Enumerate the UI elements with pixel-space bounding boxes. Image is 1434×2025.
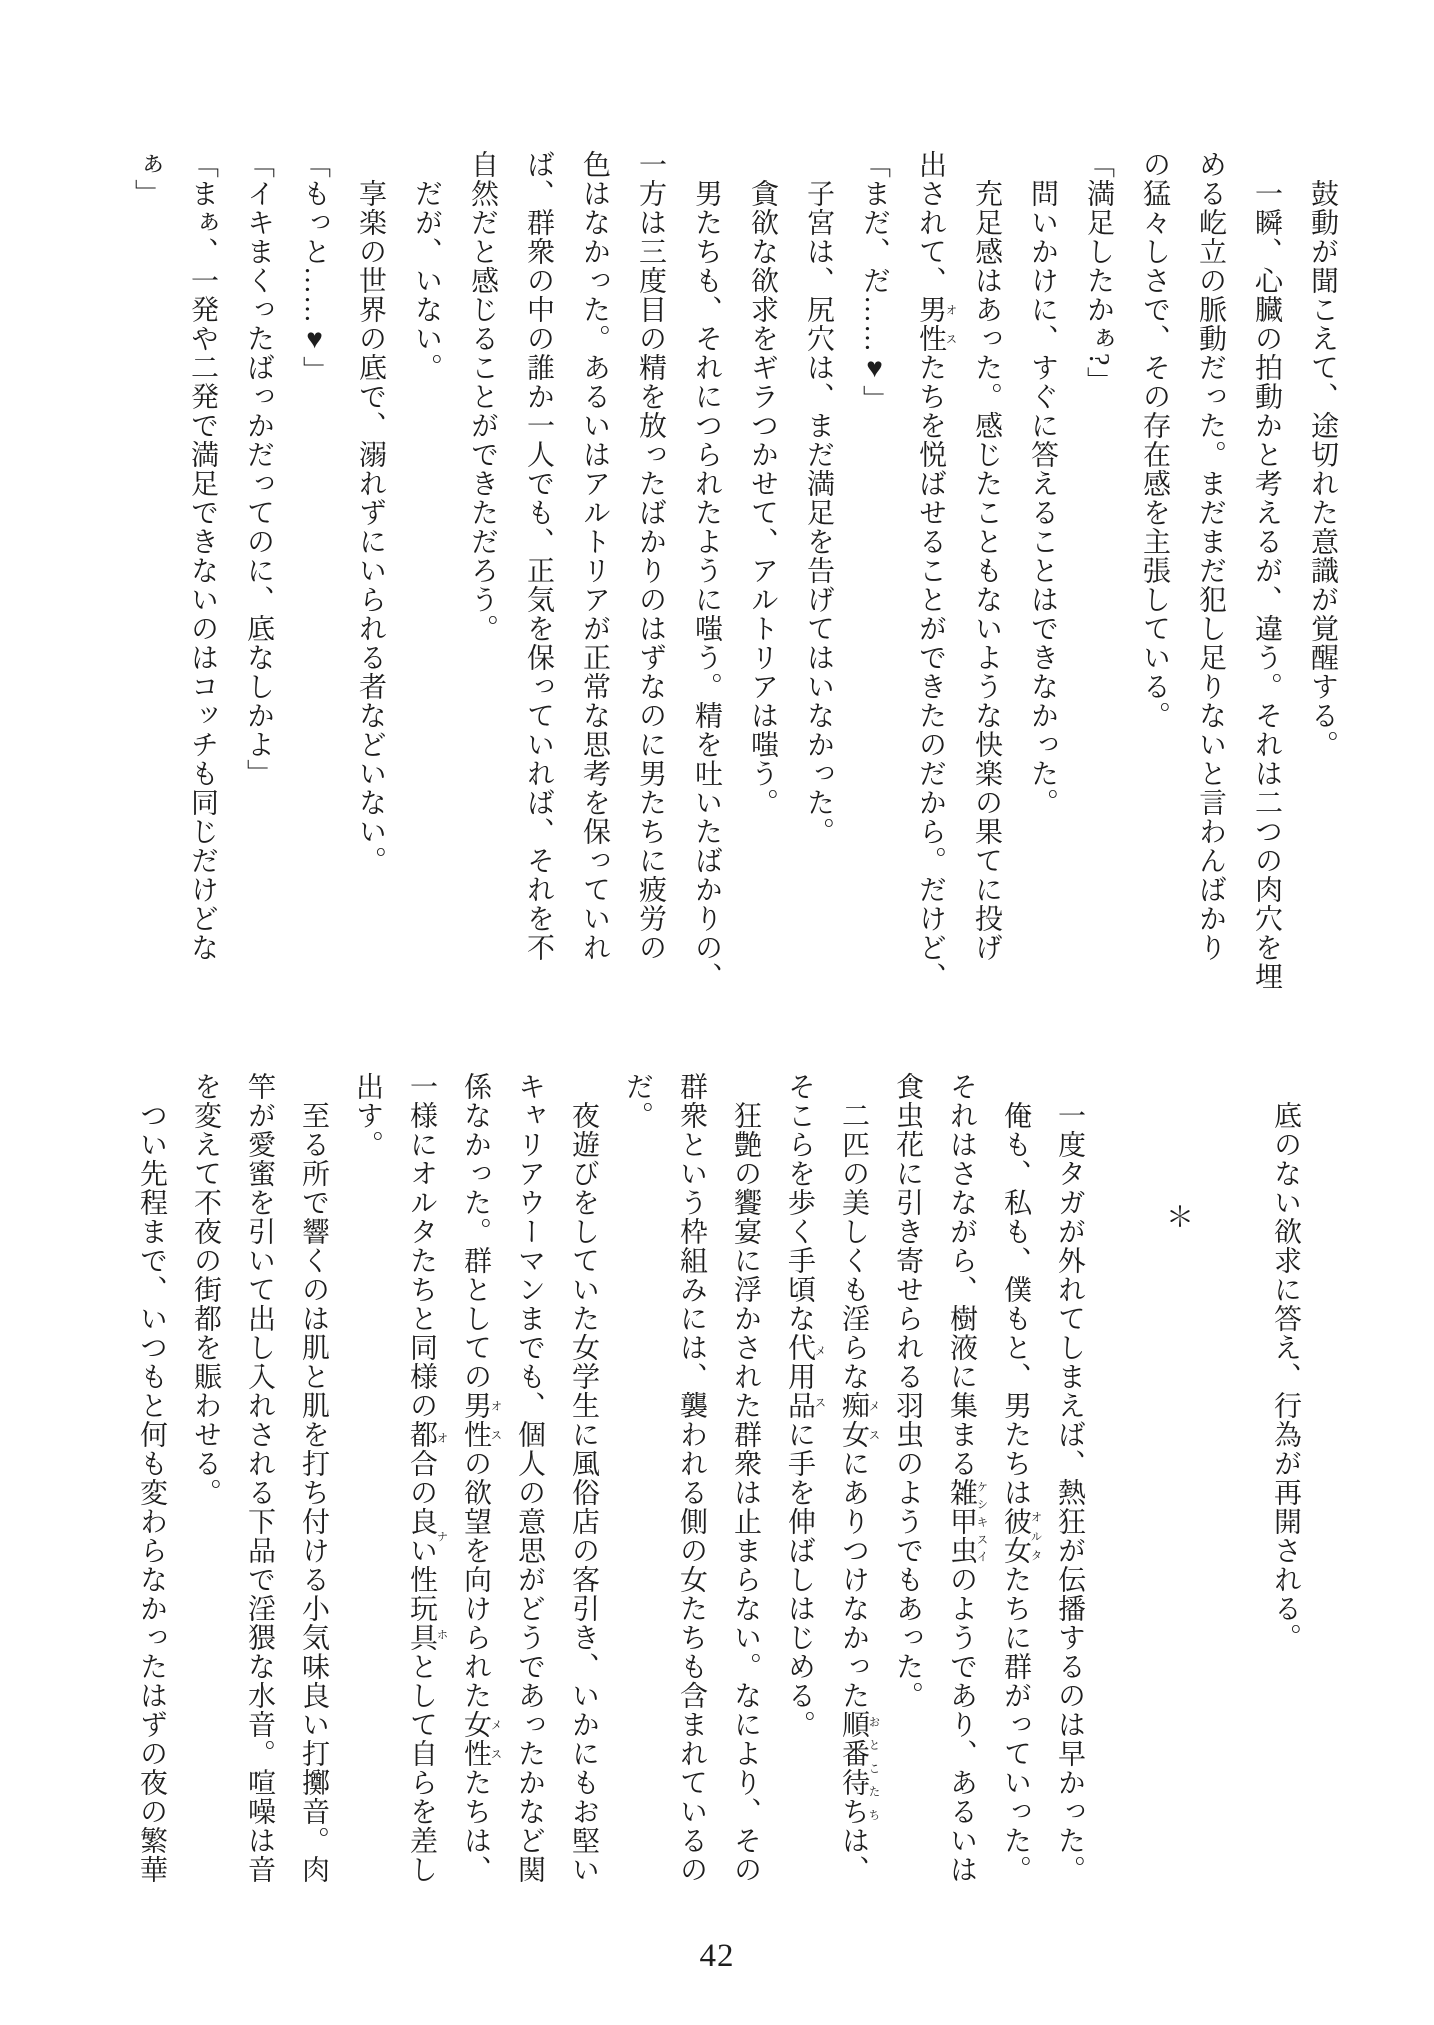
text-column: 問いかけに、すぐに答えることはできなかった。 [1014, 150, 1070, 1030]
text-column: つい先程まで、いつもと何も変わらなかったはずの夜の繁華 [124, 1072, 178, 1952]
text-column: 一瞬、心臓の拍動かと考えるが、違う。それは二つの肉穴を埋 [1238, 150, 1294, 1030]
text-column: 俺も、私も、僕もと、男たちは彼女オルタたちに群がっていった。 [988, 1072, 1042, 1952]
text-column: ぁ」 [118, 150, 174, 1030]
text-column: だが、いない。 [398, 150, 454, 1030]
ruby-annotated-word: 代用品メス [784, 1333, 815, 1420]
text-column: それはさながら、樹液に集まる雑甲虫ケシキスイのようであり、あるいは [934, 1072, 988, 1952]
text-column: 一様にオルタたちと同様の都合の良い性玩具オナホとして自らを差し [394, 1072, 448, 1952]
lower-text-block: 底のない欲求に答え、行為が再開される。 ＊ 一度タガが外れてしまえば、熱狂が伝播… [116, 1072, 1312, 1952]
text-column: の猛々しさで、その存在感を主張している。 [1126, 150, 1182, 1030]
upper-text-block: 鼓動が聞こえて、途切れた意識が覚醒する。一瞬、心臓の拍動かと考えるが、違う。それ… [110, 150, 1350, 1030]
heart-icon: ♥ [859, 353, 890, 385]
text-column: 享楽の世界の底で、溺れずにいられる者などいない。 [342, 150, 398, 1030]
ruby-annotated-word: 都合の良い性玩具オナホ [406, 1420, 437, 1652]
page-number: 42 [0, 1938, 1434, 1975]
ruby-annotated-word: 男性オス [915, 295, 946, 353]
text-column: 一度タガが外れてしまえば、熱狂が伝播するのは早かった。 [1042, 1072, 1096, 1952]
text-column: 「満足したかぁ?」 [1070, 150, 1126, 1030]
text-column: 男たちも、それにつられたように嗤う。精を吐いたばかりの、 [678, 150, 734, 1030]
furigana: オス [945, 295, 957, 353]
ruby-annotated-word: 男性オス [460, 1391, 491, 1449]
novel-page: 鼓動が聞こえて、途切れた意識が覚醒する。一瞬、心臓の拍動かと考えるが、違う。それ… [0, 0, 1434, 2025]
text-column: 色はなかった。あるいはアルトリアが正常な思考を保っていれ [566, 150, 622, 1030]
blank-column [1096, 1072, 1150, 1952]
text-column: 出されて、男性オスたちを悦ばせることができたのだから。だけど、 [902, 150, 958, 1030]
text-column: 貪欲な欲求をギラつかせて、アルトリアは嗤う。 [734, 150, 790, 1030]
text-column: ば、群衆の中の誰か一人でも、正気を保っていれば、それを不 [510, 150, 566, 1030]
furigana: メス [490, 1710, 502, 1768]
text-column: そこらを歩く手頃な代用品メスに手を伸ばしはじめる。 [772, 1072, 826, 1952]
heart-icon: ♥ [299, 324, 330, 356]
furigana: オナホ [436, 1420, 448, 1652]
text-column: 至る所で響くのは肌と肌を打ち付ける小気味良い打擲音。肉 [286, 1072, 340, 1952]
furigana: メス [868, 1391, 880, 1449]
text-column: 「イキまくったばっかだってのに、底なしかよ」 [230, 150, 286, 1030]
text-column: 食虫花に引き寄せられる羽虫のようでもあった。 [880, 1072, 934, 1952]
text-column: 底のない欲求に答え、行為が再開される。 [1258, 1072, 1312, 1952]
text-column: 子宮は、尻穴は、まだ満足を告げてはいなかった。 [790, 150, 846, 1030]
text-column: 竿が愛蜜を引いて出し入れされる下品で淫猥な水音。喧噪は音 [232, 1072, 286, 1952]
ruby-annotated-word: 順番待ちおとこたち [838, 1710, 869, 1826]
text-column: 群衆という枠組みには、襲われる側の女たちも含まれているの [664, 1072, 718, 1952]
text-column: 「まだ、だ……♥」 [846, 150, 902, 1030]
text-column: 出す。 [340, 1072, 394, 1952]
furigana: オルタ [1030, 1507, 1042, 1565]
blank-column [1204, 1072, 1258, 1952]
text-column: 充足感はあった。感じたこともないような快楽の果てに投げ [958, 150, 1014, 1030]
text-column: 係なかった。群としての男性オスの欲望を向けられた女性メスたちは、 [448, 1072, 502, 1952]
text-column: 夜遊びをしていた女学生に風俗店の客引き、いかにもお堅い [556, 1072, 610, 1952]
furigana: おとこたち [868, 1710, 880, 1826]
text-column: 狂艶の饗宴に浮かされた群衆は止まらない。なにより、その [718, 1072, 772, 1952]
text-column: 鼓動が聞こえて、途切れた意識が覚醒する。 [1294, 150, 1350, 1030]
furigana: オス [490, 1391, 502, 1449]
text-column: 「まぁ、一発や二発で満足できないのはコッチも同じだけどな [174, 150, 230, 1030]
text-column: キャリアウーマンまでも、個人の意思がどうであったかなど関 [502, 1072, 556, 1952]
text-column: を変えて不夜の街都を賑わせる。 [178, 1072, 232, 1952]
text-column: だ。 [610, 1072, 664, 1952]
ruby-annotated-word: 痴女メス [838, 1391, 869, 1449]
text-column: 一方は三度目の精を放ったばかりのはずなのに男たちに疲労の [622, 150, 678, 1030]
text-column: める屹立の脈動だった。まだまだ犯し足りないと言わんばかり [1182, 150, 1238, 1030]
text-column: 二匹の美しくも淫らな痴女メスにありつけなかった順番待ちおとこたちは、 [826, 1072, 880, 1952]
text-column: 「もっと……♥」 [286, 150, 342, 1030]
furigana: ケシキスイ [976, 1478, 988, 1565]
section-separator: ＊ [1150, 1072, 1204, 1952]
ruby-annotated-word: 雑甲虫ケシキスイ [946, 1478, 977, 1565]
ruby-annotated-word: 女性メス [460, 1710, 491, 1768]
furigana: メス [814, 1333, 826, 1420]
ruby-annotated-word: 彼女オルタ [1000, 1507, 1031, 1565]
text-column: 自然だと感じることができただろう。 [454, 150, 510, 1030]
